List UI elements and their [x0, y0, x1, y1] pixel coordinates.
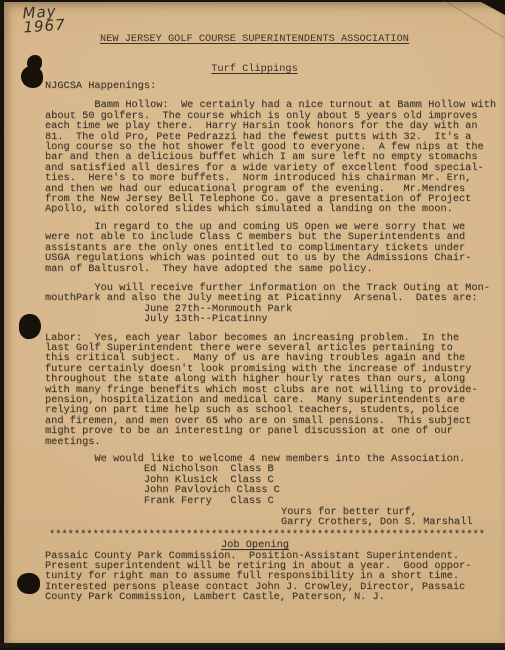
paragraph-new-members: We would like to welcome 4 new members i…	[45, 454, 501, 506]
paragraph-job-opening: Passaic County Park Commission. Position…	[45, 551, 501, 603]
newsletter-body: NJGCSA Happenings: Bamm Hollow: We certa…	[45, 81, 501, 603]
paragraph-track-outing: You will receive further information on …	[45, 283, 501, 325]
ink-blot-middle	[19, 314, 41, 339]
corner-fold	[481, 2, 505, 15]
ink-blot-top	[21, 55, 45, 89]
handwritten-date: May 1967	[22, 4, 66, 35]
ink-blot-bottom	[17, 573, 40, 594]
happenings-heading: NJGCSA Happenings:	[45, 81, 501, 91]
paper-sheet: May 1967 NEW JERSEY GOLF COURSE SUPERINT…	[4, 2, 505, 644]
scan-bottom-edge	[0, 643, 505, 650]
paragraph-bamm-hollow: Bamm Hollow: We certainly had a nice tur…	[45, 100, 501, 214]
signature-block: Yours for better turf, Garry Crothers, D…	[281, 507, 501, 528]
newsletter-title: NEW JERSEY GOLF COURSE SUPERINTENDENTS A…	[4, 33, 505, 45]
scanned-newsletter-page: May 1967 NEW JERSEY GOLF COURSE SUPERINT…	[0, 0, 505, 650]
paragraph-us-open: In regard to the up and coming US Open w…	[45, 222, 501, 274]
paragraph-labor: Labor: Yes, each year labor becomes an i…	[45, 333, 501, 447]
newsletter-subtitle: Turf Clippings	[4, 63, 505, 75]
